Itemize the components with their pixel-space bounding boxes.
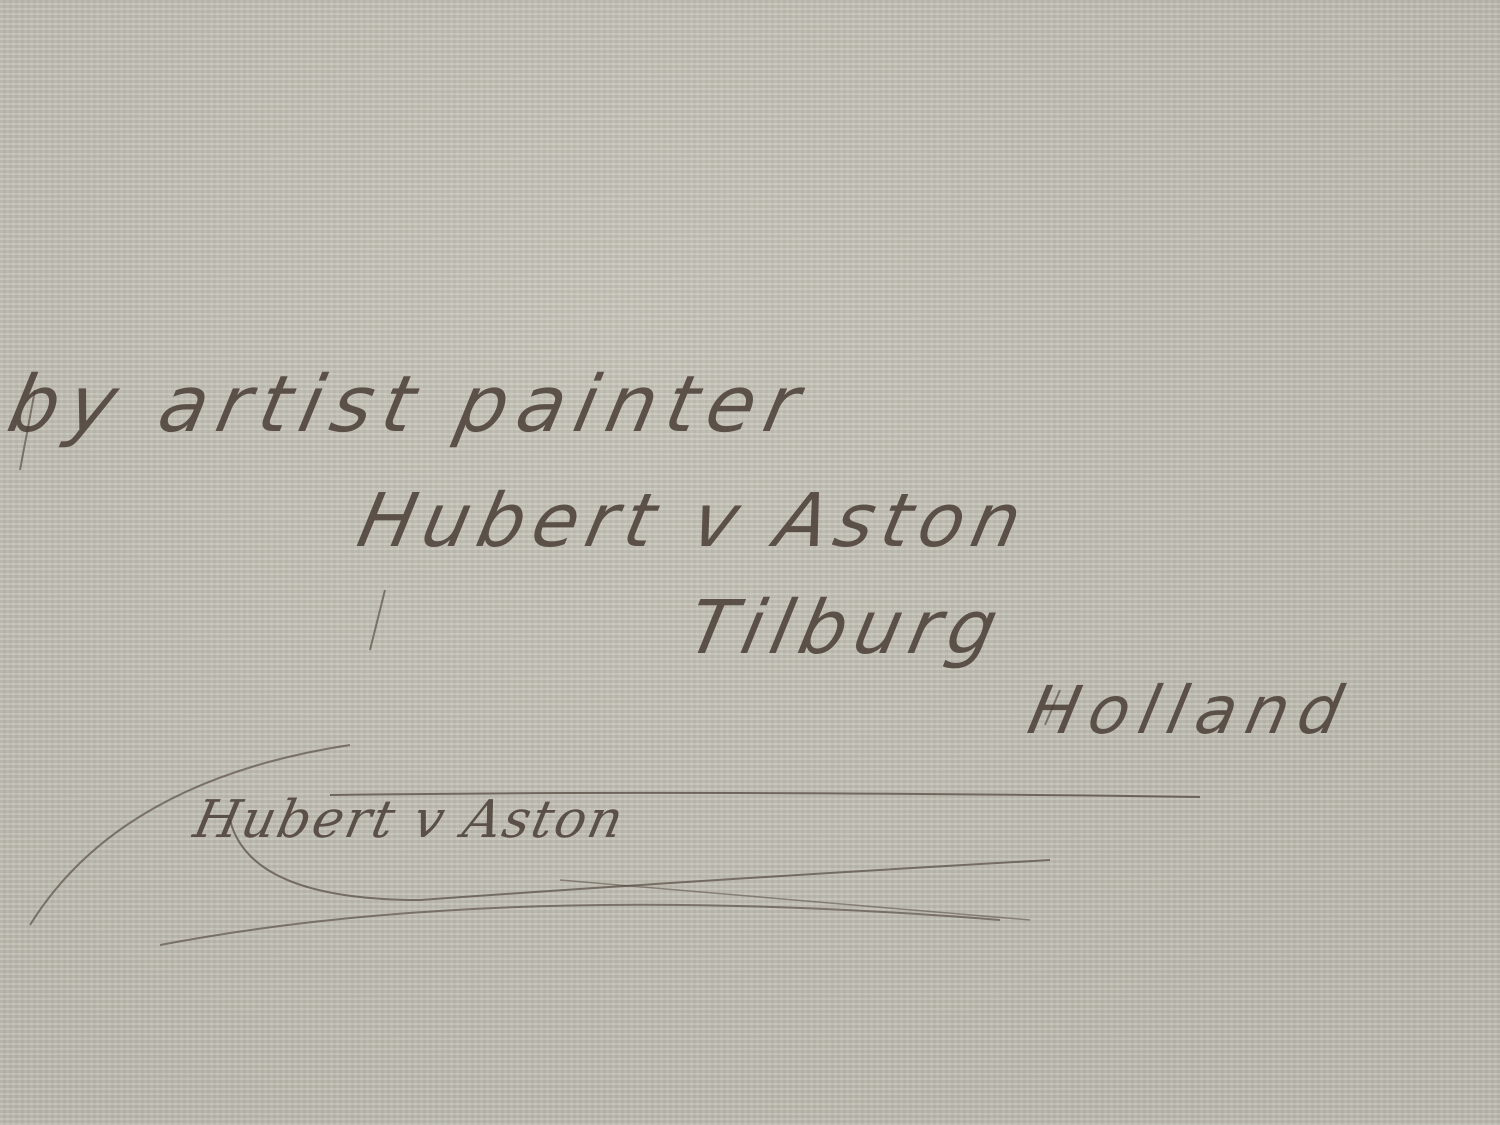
inscription-line-3: Tilburg [681,585,1013,671]
inscription-line-4: Holland [1022,672,1359,749]
inscription-line-2: Hubert v Aston [351,478,1037,564]
canvas-back: by artist painter Hubert v Aston Tilburg… [0,0,1500,1125]
artist-signature: Hubert v Aston [189,790,631,850]
inscription-line-1: by artist painter [0,360,817,450]
